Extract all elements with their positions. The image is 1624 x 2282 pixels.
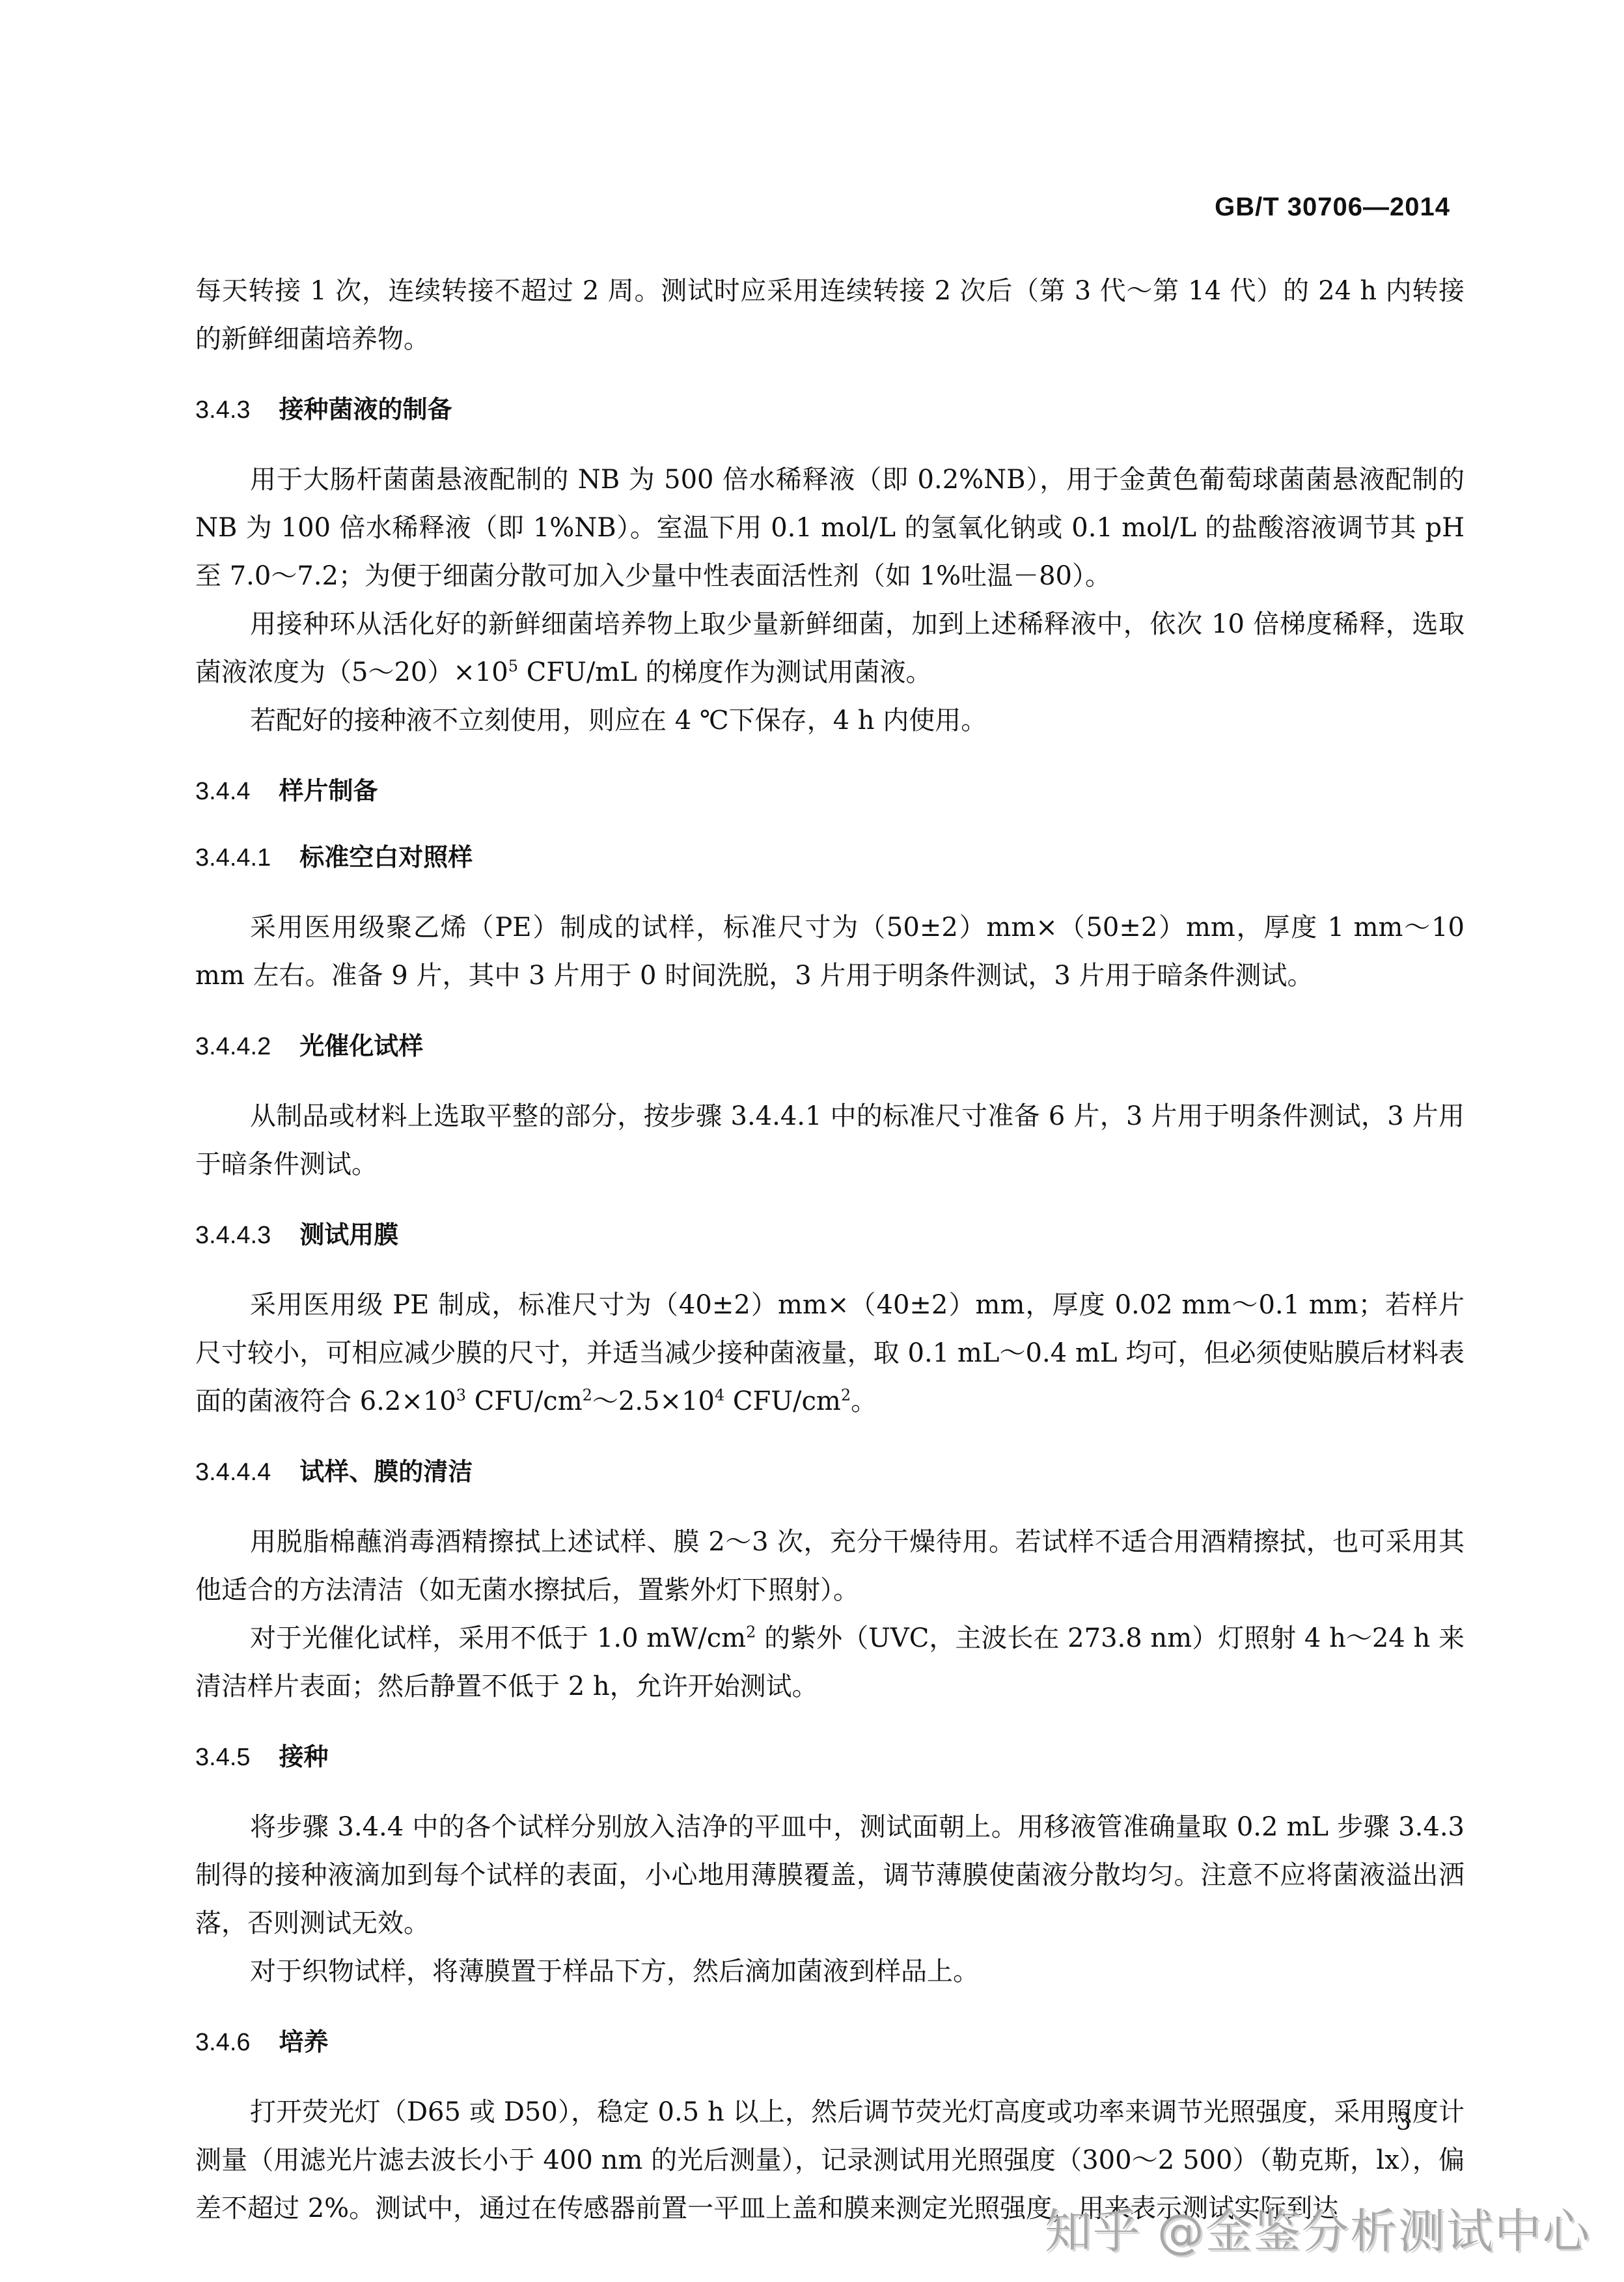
section-number: 3.4.4.2 xyxy=(195,1027,271,1066)
section-title: 接种 xyxy=(279,1744,329,1771)
paragraph: 采用医用级聚乙烯（PE）制成的试样，标准尺寸为（50±2）mm×（50±2）mm… xyxy=(195,903,1465,1000)
section-heading-3-4-4-3: 3.4.4.3测试用膜 xyxy=(195,1216,1465,1255)
section-number: 3.4.4.4 xyxy=(195,1453,271,1492)
text-run: CFU/cm xyxy=(466,1386,583,1416)
section-number: 3.4.4 xyxy=(195,772,251,811)
text-run: CFU/mL 的梯度作为测试用菌液。 xyxy=(518,657,931,687)
superscript: 5 xyxy=(508,657,518,676)
text-run: 。 xyxy=(851,1386,877,1416)
paragraph: 用接种环从活化好的新鲜细菌培养物上取少量新鲜细菌，加到上述稀释液中，依次 10 … xyxy=(195,600,1465,696)
paragraph: 用脱脂棉蘸消毒酒精擦拭上述试样、膜 2～3 次，充分干燥待用。若试样不适合用酒精… xyxy=(195,1518,1465,1614)
section-heading-3-4-4: 3.4.4样片制备 xyxy=(195,772,1465,811)
section-number: 3.4.6 xyxy=(195,2023,251,2062)
superscript: 2 xyxy=(583,1386,592,1405)
superscript: 3 xyxy=(456,1386,466,1405)
superscript: 4 xyxy=(715,1386,724,1405)
section-number: 3.4.3 xyxy=(195,391,251,430)
page-number: 3 xyxy=(1396,2109,1411,2136)
section-number: 3.4.4.3 xyxy=(195,1216,271,1255)
standard-code: GB/T 30706—2014 xyxy=(1215,193,1450,222)
superscript: 2 xyxy=(746,1623,756,1642)
section-title: 试样、膜的清洁 xyxy=(299,1459,473,1486)
superscript: 2 xyxy=(841,1386,851,1405)
section-title: 光催化试样 xyxy=(299,1033,423,1060)
section-heading-3-4-5: 3.4.5接种 xyxy=(195,1738,1465,1777)
section-heading-3-4-4-2: 3.4.4.2光催化试样 xyxy=(195,1027,1465,1066)
section-title: 标准空白对照样 xyxy=(299,844,473,872)
text-run: ～2.5×10 xyxy=(592,1386,715,1416)
text-run: 对于光催化试样，采用不低于 1.0 mW/cm xyxy=(250,1623,746,1653)
watermark: 知乎 @金鉴分析测试中心 xyxy=(1045,2193,1591,2261)
section-number: 3.4.5 xyxy=(195,1738,251,1777)
paragraph: 每天转接 1 次，连续转接不超过 2 周。测试时应采用连续转接 2 次后（第 3… xyxy=(195,267,1465,363)
paragraph: 若配好的接种液不立刻使用，则应在 4 ℃下保存，4 h 内使用。 xyxy=(195,696,1465,745)
section-title: 接种菌液的制备 xyxy=(279,396,452,424)
section-title: 测试用膜 xyxy=(299,1222,398,1249)
paragraph: 采用医用级 PE 制成，标准尺寸为（40±2）mm×（40±2）mm，厚度 0.… xyxy=(195,1281,1465,1425)
paragraph: 从制品或材料上选取平整的部分，按步骤 3.4.4.1 中的标准尺寸准备 6 片，… xyxy=(195,1092,1465,1189)
paragraph: 用于大肠杆菌菌悬液配制的 NB 为 500 倍水稀释液（即 0.2%NB），用于… xyxy=(195,456,1465,600)
document-page: GB/T 30706—2014 每天转接 1 次，连续转接不超过 2 周。测试时… xyxy=(0,0,1624,2282)
section-heading-3-4-4-1: 3.4.4.1标准空白对照样 xyxy=(195,838,1465,877)
paragraph: 对于光催化试样，采用不低于 1.0 mW/cm2 的紫外（UVC，主波长在 27… xyxy=(195,1614,1465,1711)
paragraph: 对于织物试样，将薄膜置于样品下方，然后滴加菌液到样品上。 xyxy=(195,1947,1465,1996)
section-title: 培养 xyxy=(279,2029,329,2056)
document-body: 每天转接 1 次，连续转接不超过 2 周。测试时应采用连续转接 2 次后（第 3… xyxy=(195,267,1465,2233)
section-heading-3-4-3: 3.4.3接种菌液的制备 xyxy=(195,391,1465,430)
section-heading-3-4-6: 3.4.6培养 xyxy=(195,2023,1465,2062)
section-title: 样片制备 xyxy=(279,778,378,805)
section-heading-3-4-4-4: 3.4.4.4试样、膜的清洁 xyxy=(195,1453,1465,1492)
paragraph: 将步骤 3.4.4 中的各个试样分别放入洁净的平皿中，测试面朝上。用移液管准确量… xyxy=(195,1803,1465,1947)
section-number: 3.4.4.1 xyxy=(195,838,271,877)
text-run: CFU/cm xyxy=(724,1386,841,1416)
